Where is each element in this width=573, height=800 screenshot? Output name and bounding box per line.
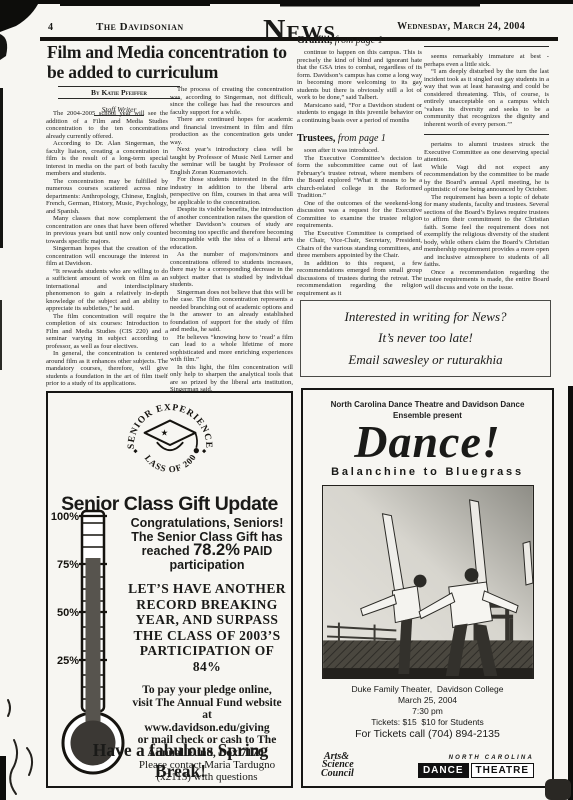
article-paragraph: Singerman hopes that the creation of the… [46,245,168,268]
graffiti-paragraph: “I am deeply disturbed by the turn the l… [424,68,549,128]
graffiti-paragraph: Marsicano said, “For a Davidson student … [297,102,422,125]
article-paragraph: Many classes that now complement the con… [46,215,168,245]
ncdt-theatre-badge: THEATRE [471,763,534,778]
record-line: RECORD BREAKING [128,597,286,613]
event-info-line: 7:30 pm [352,706,504,717]
trustees-paragraph: The Executive Committee is comprised of … [297,230,422,260]
congrats-line: reached 78.2% PAID [128,544,286,559]
byline-author: By Katie Pfeiffer [58,86,180,99]
congrats-block: Congratulations, Seniors! The Senior Cla… [128,517,286,572]
svg-text:50%: 50% [57,607,79,619]
trustees-jump-heading: Trustees, from page 1 [297,133,422,144]
newspaper-page: 4 The Davidsonian News Wednesday, March … [0,0,573,800]
news-writers-promo: Interested in writing for News? It’s nev… [300,300,551,377]
article-paragraph: The film concentration will require the … [46,313,168,351]
trustees-paragraph: The requirement has been a topic of deba… [424,194,549,269]
article-paragraph: There are continued hopes for academic a… [170,116,293,146]
article-paragraph: The concentration may be fulfilled by nu… [46,178,168,216]
dance-title: Dance! [354,419,501,465]
participation-percent: 78.2% [193,541,240,559]
graffiti-paragraph: continue to happen on this campus. This … [297,49,422,102]
spring-break-message: Have a fabulous Spring Break! [74,740,287,782]
svg-text:25%: 25% [57,655,79,667]
trustees-paragraph: In addition to this request, a few recom… [297,260,422,298]
column-3: Graffiti, from page 1 continue to happen… [297,35,422,297]
trustees-paragraph: The Executive Committee’s decision to fo… [297,155,422,200]
record-line: PARTICIPATION OF 84% [128,643,286,674]
thermometer-fill [86,558,101,718]
article-column-2: The process of creating the concentratio… [170,86,293,394]
pledge-line: To pay your pledge online, [128,684,286,697]
tickets-phone: For Tickets call (704) 894-2135 [355,728,500,741]
graduation-cap-icon: ★ [144,421,198,454]
asc-logo-line: Council [321,770,354,779]
record-breaking-block: LET’S HAVE ANOTHERRECORD BREAKINGYEAR, A… [128,581,286,674]
trustees-title: Trustees, [297,133,335,144]
event-info-line: Tickets: $15 $10 for Students [352,717,504,728]
congrats-line: Congratulations, Seniors! [128,517,286,531]
presenter-line: North Carolina Dance Theatre and Davidso… [331,400,525,411]
trustees-paragraph: Once a recommendation regarding the trus… [424,269,549,292]
article-paragraph: As the number of majors/minors and conce… [170,251,293,289]
arts-science-council-logo: Arts&ScienceCouncil [321,753,354,779]
column-rule [424,46,549,47]
senior-class-gift-ad: SENIOR EXPERIENCE CLASS OF 2004 ◆ ◆ ★ Se… [46,391,293,788]
svg-text:75%: 75% [57,559,79,571]
graffiti-paragraph: seems remarkably immature at best - perh… [424,53,549,68]
pledge-line: www.davidson.edu/giving [128,722,286,735]
diamond-icon: ◆ [133,449,138,455]
issue-date: Wednesday, March 24, 2004 [397,21,525,32]
pledge-line: visit The Annual Fund website at [128,697,286,722]
trustees-column-1: soon after it was introduced.The Executi… [297,147,422,297]
record-line: LET’S HAVE ANOTHER [128,581,286,597]
diamond-icon: ◆ [201,449,206,455]
record-line: YEAR, AND SURPASS [128,612,286,628]
dance-subtitle: Balanchine to Bluegrass [331,466,524,478]
column-4: seems remarkably immature at best - perh… [424,40,549,291]
article-paragraph: Despite its visible benefits, the introd… [170,206,293,251]
nc-dance-theatre-logo: North Carolina DANCE THEATRE [418,755,534,778]
dance-photo [322,485,534,679]
graffiti-title: Graffiti, [297,35,332,46]
event-info-line: Duke Family Theater, Davidson College [352,684,504,695]
article-paragraph: In this light, the film concentration wi… [170,364,293,394]
dance-ad-logos: Arts&ScienceCouncil North Carolina DANCE… [303,749,552,787]
article-column-1: The 2004-2005 school year will see the a… [46,110,168,388]
trustees-paragraph: One of the outcomes of the weekend-long … [297,200,422,230]
senior-experience-logo: SENIOR EXPERIENCE CLASS OF 2004 ◆ ◆ ★ [123,398,217,492]
star-icon: ★ [160,428,168,438]
trustees-paragraph: pertains to alumni trustees struck the E… [424,141,549,164]
graffiti-continued-label: from page 1 [335,35,383,46]
article-paragraph: For those students interested in the fil… [170,176,293,206]
promo-line-1: Interested in writing for News? [344,309,506,325]
article-paragraph: Singerman does not believe that this wil… [170,289,293,334]
article-paragraph: In general, the concentration is centere… [46,350,168,388]
ncdt-dance-badge: DANCE [418,763,469,778]
trustees-continued-label: from page 1 [338,133,386,144]
trustees-paragraph: soon after it was introduced. [297,147,422,155]
article-paragraph: Next year’s introductory class will be t… [170,146,293,176]
graffiti-column-1: continue to happen on this campus. This … [297,49,422,124]
ncdt-wordmark-top: North Carolina [418,755,534,761]
trustees-column-2: pertains to alumni trustees struck the E… [424,141,549,291]
svg-text:100%: 100% [51,511,79,523]
article-headline: Film and Media concentration to be added… [47,42,301,82]
article-paragraph: The process of creating the concentratio… [170,86,293,116]
graffiti-jump-heading: Graffiti, from page 1 [297,35,422,46]
fund-thermometer: 100% 75% 50% 25% [50,507,128,779]
promo-line-2: It’s never too late! [378,330,473,346]
graffiti-column-2: seems remarkably immature at best - perh… [424,53,549,128]
article-paragraph: He believes “knowing how to ‘read’ a fil… [170,334,293,364]
record-line: THE CLASS OF 2003’S [128,628,286,644]
promo-line-3: Email sawesley or ruturakhia [348,352,502,368]
column-rule [424,134,549,135]
article-paragraph: According to Dr. Alan Singerman, the fac… [46,140,168,178]
trustees-paragraph: While Vagt did not expect any recommenda… [424,164,549,194]
article-paragraph: The 2004-2005 school year will see the a… [46,110,168,140]
event-info-line: March 25, 2004 [352,695,504,706]
article-paragraph: “It rewards students who are willing to … [46,268,168,313]
dance-ad: North Carolina Dance Theatre and Davidso… [301,388,554,788]
congrats-line: participation [128,559,286,573]
dance-event-info: Duke Family Theater, Davidson CollegeMar… [352,684,504,728]
